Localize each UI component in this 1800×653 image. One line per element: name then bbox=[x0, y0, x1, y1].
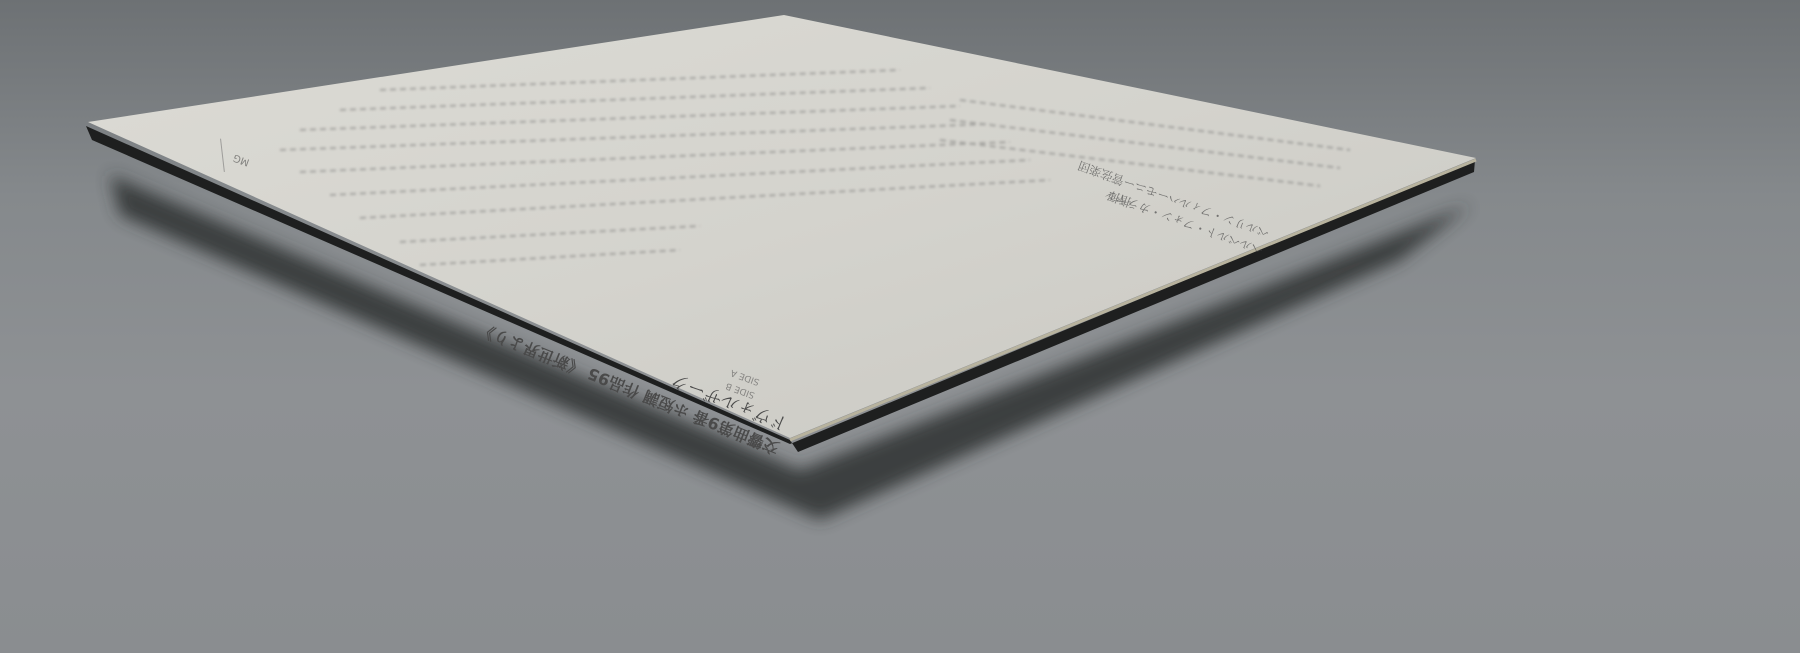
photo-scene: ドヴォルザーク 交響曲第9番 ホ短調 作品95 《新世界より》 ベルリン・フィル… bbox=[0, 0, 1800, 653]
